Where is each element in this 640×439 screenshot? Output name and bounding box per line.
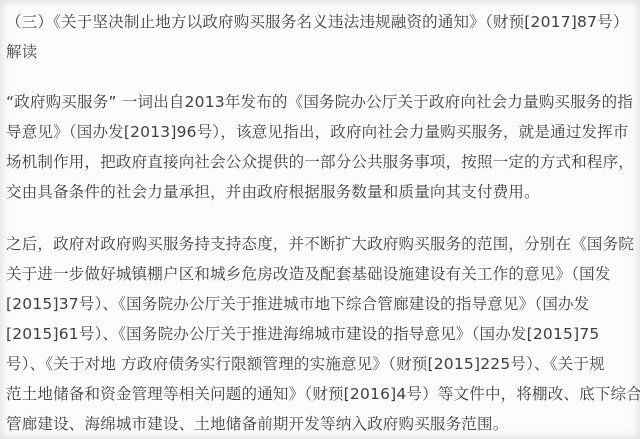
title-line-1: （三）《关于坚决制止地方以政府购买服务名义违法违规融资的通知》（财预[2017]…	[6, 7, 634, 37]
document-title: （三）《关于坚决制止地方以政府购买服务名义违法违规融资的通知》（财预[2017]…	[6, 7, 634, 67]
text-line: “政府购买服务” 一词出自2013年发布的《国务院办公厅关于政府向社会力量购买服…	[6, 87, 634, 117]
text-line: 导意见》（国办发[2013]96号），该意见指出，政府向社会力量购买服务，就是通…	[6, 117, 634, 147]
text-line: 管廊建设、海绵城市建设、土地储备前期开发等纳入政府购买服务范围。	[6, 409, 634, 439]
title-line-2: 解读	[6, 37, 634, 67]
text-line: 交由具备条件的社会力量承担，并由政府根据服务数量和质量向其支付费用。	[6, 177, 634, 207]
text-line: [2015]61号）、《国务院办公厅关于推进海绵城市建设的指导意见》（国办发[2…	[6, 319, 634, 349]
article-page: （三）《关于坚决制止地方以政府购买服务名义违法违规融资的通知》（财预[2017]…	[0, 0, 640, 439]
paragraph-definition: “政府购买服务” 一词出自2013年发布的《国务院办公厅关于政府向社会力量购买服…	[6, 87, 634, 207]
paragraph-policy-expansion: 之后，政府对政府购买服务持支持态度，并不断扩大政府购买服务的范围，分别在《国务院…	[6, 229, 634, 439]
text-line: 之后，政府对政府购买服务持支持态度，并不断扩大政府购买服务的范围，分别在《国务院	[6, 229, 634, 259]
text-line: 场机制作用，把政府直接向社会公众提供的一部分公共服务事项，按照一定的方式和程序，	[6, 147, 634, 177]
text-line: [2015]37号）、《国务院办公厅关于推进城市地下综合管廊建设的指导意见》（国…	[6, 289, 634, 319]
text-line: 号）、《关于对地 方政府债务实行限额管理的实施意见》（财预[2015]225号）…	[6, 349, 634, 379]
text-line: 范土地储备和资金管理等相关问题的通知》（财预[2016]4号）等文件中，将棚改、…	[6, 379, 634, 409]
text-line: 关于进一步做好城镇棚户区和城乡危房改造及配套基础设施建设有关工作的意见》（国发	[6, 259, 634, 289]
